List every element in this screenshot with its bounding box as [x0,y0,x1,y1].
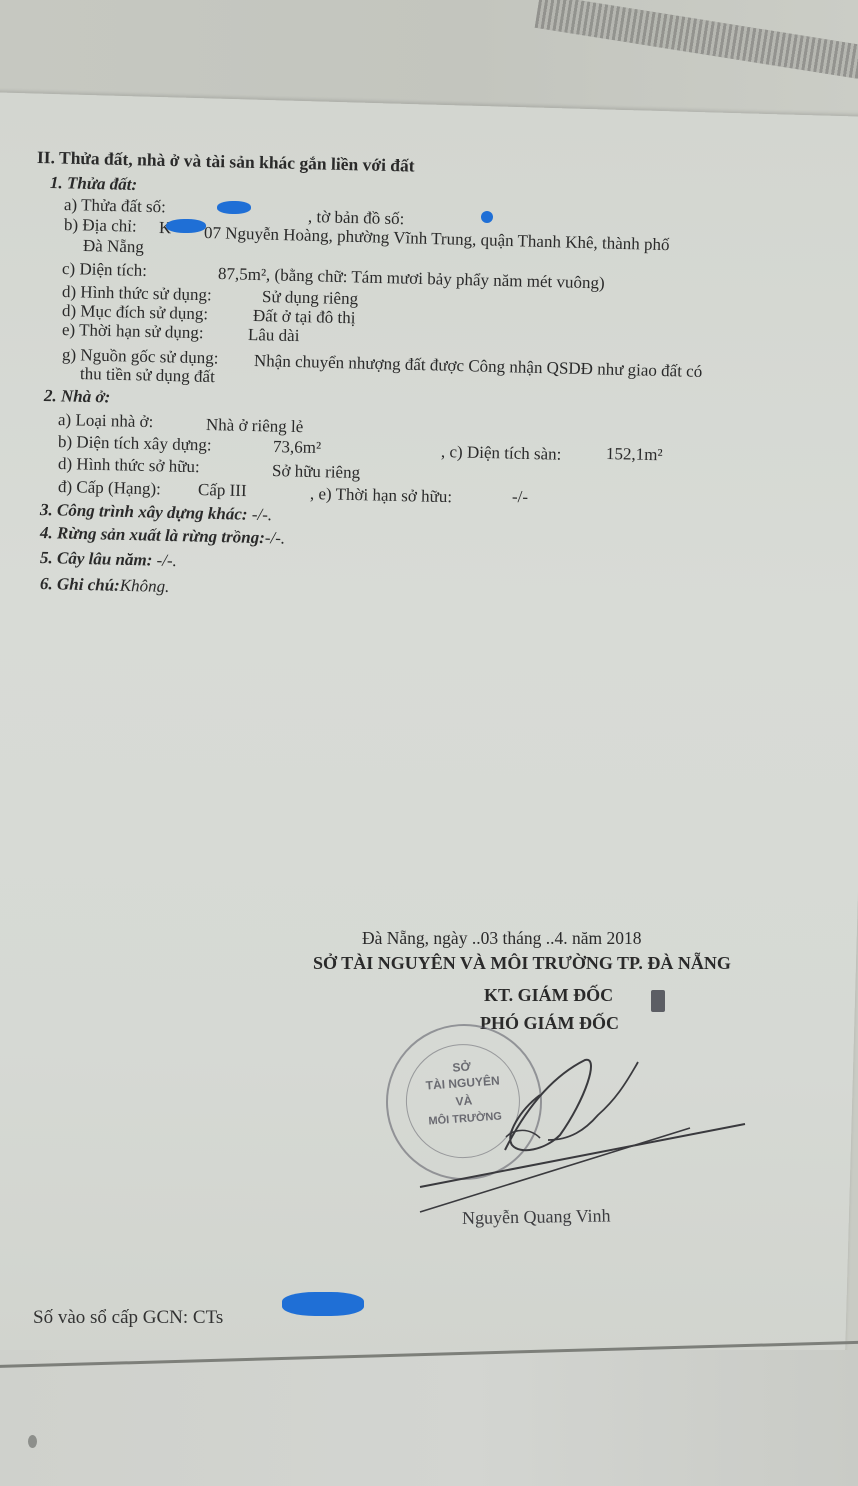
handwritten-signature [0,0,858,1486]
registry-label: Số vào sổ cấp GCN: CTs [33,1308,223,1328]
signer-name: Nguyễn Quang Vinh [462,1205,611,1228]
redaction-registry-number [282,1292,364,1316]
certificate-content: II. Thửa đất, nhà ở và tài sản khác gắn … [0,0,858,1486]
